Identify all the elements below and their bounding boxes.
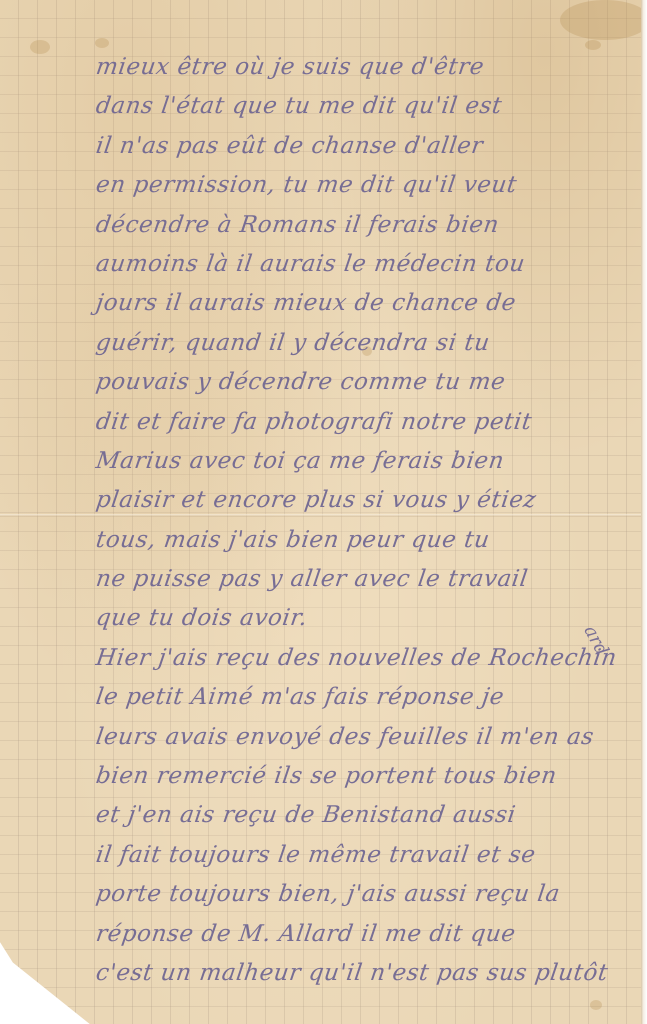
text-line: il n'as pas eût de chanse d'aller bbox=[93, 127, 644, 166]
stain bbox=[590, 1000, 602, 1010]
text-line: mieux être où je suis que d'être bbox=[93, 48, 644, 87]
text-line: bien remercié ils se portent tous bien bbox=[93, 757, 644, 796]
text-line: décendre à Romans il ferais bien bbox=[93, 206, 644, 245]
text-line: ne puisse pas y aller avec le travail bbox=[93, 560, 644, 599]
text-line: le petit Aimé m'as fais réponse je bbox=[93, 678, 644, 717]
text-line: et j'en ais reçu de Benistand aussi bbox=[93, 796, 644, 835]
text-line: porte toujours bien, j'ais aussi reçu la bbox=[93, 875, 644, 914]
text-line: guérir, quand il y décendra si tu bbox=[93, 324, 644, 363]
text-line: plaisir et encore plus si vous y étiez bbox=[93, 481, 644, 520]
letter-body: mieux être où je suis que d'être dans l'… bbox=[96, 48, 641, 993]
stain bbox=[560, 0, 647, 40]
text-line: tous, mais j'ais bien peur que tu bbox=[93, 521, 644, 560]
text-line: il fait toujours le même travail et se bbox=[93, 836, 644, 875]
stain bbox=[95, 38, 109, 48]
text-line: aumoins là il aurais le médecin tou bbox=[93, 245, 644, 284]
text-line: dans l'état que tu me dit qu'il est bbox=[93, 87, 644, 126]
text-line: réponse de M. Allard il me dit que bbox=[93, 915, 644, 954]
text-line: Hier j'ais reçu des nouvelles de Rochech… bbox=[93, 639, 644, 678]
text-line: en permission, tu me dit qu'il veut bbox=[93, 166, 644, 205]
text-line: pouvais y décendre comme tu me bbox=[93, 363, 644, 402]
text-line: leurs avais envoyé des feuilles il m'en … bbox=[93, 718, 644, 757]
text-line: jours il aurais mieux de chance de bbox=[93, 284, 644, 323]
text-line: dit et faire fa photografi notre petit bbox=[93, 403, 644, 442]
text-line: que tu dois avoir. bbox=[93, 599, 644, 638]
text-line: Marius avec toi ça me ferais bien bbox=[93, 442, 644, 481]
stain bbox=[30, 40, 50, 54]
page-edge bbox=[641, 0, 647, 1024]
text-line: c'est un malheur qu'il n'est pas sus plu… bbox=[93, 954, 644, 993]
